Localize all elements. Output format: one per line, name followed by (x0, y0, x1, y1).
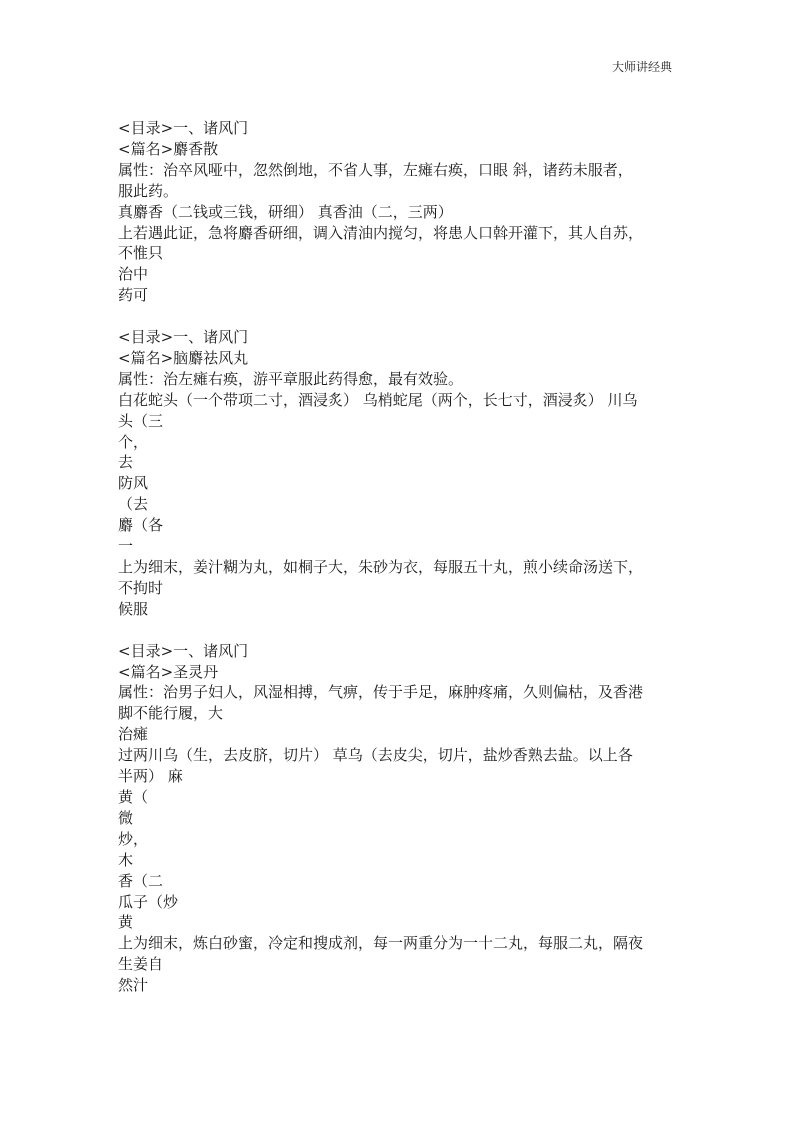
entry-catalog: <目录>一、诸风门 (118, 118, 680, 139)
text-line: 防风 (118, 473, 680, 494)
text-line: 白花蛇头（一个带项二寸，酒浸炙） 乌梢蛇尾（两个，长七寸，酒浸炙） 川乌 (118, 390, 680, 411)
text-line: （去 (118, 494, 680, 515)
text-line: 然汁 (118, 975, 680, 996)
text-line: 头（三 (118, 411, 680, 432)
entry-sheng-ling-dan: <目录>一、诸风门 <篇名>圣灵丹 属性：治男子妇人，风湿相搏，气痹，传于手足，… (118, 641, 680, 996)
text-line: 属性：治左瘫右痪，游平章服此药得愈，最有效验。 (118, 369, 680, 390)
text-line: 微 (118, 808, 680, 829)
text-line: 属性：治卒风哑中，忽然倒地，不省人事，左瘫右痪，口眼 斜，诸药未服者， (118, 160, 680, 181)
text-line: 脚不能行履，大 (118, 703, 680, 724)
text-line: 上为细末，炼白砂蜜，冷定和搜成剂，每一两重分为一十二丸，每服二丸，隔夜 (118, 933, 680, 954)
text-line: 黄（ (118, 787, 680, 808)
text-line: 不拘时 (118, 578, 680, 599)
text-line: 瓜子（炒 (118, 892, 680, 913)
text-line: 候服 (118, 599, 680, 620)
document-body: <目录>一、诸风门 <篇名>麝香散 属性：治卒风哑中，忽然倒地，不省人事，左瘫右… (118, 118, 680, 1017)
entry-she-xiang-san: <目录>一、诸风门 <篇名>麝香散 属性：治卒风哑中，忽然倒地，不省人事，左瘫右… (118, 118, 680, 306)
text-line: 黄 (118, 912, 680, 933)
entry-nao-she-qu-feng-wan: <目录>一、诸风门 <篇名>脑麝祛风丸 属性：治左瘫右痪，游平章服此药得愈，最有… (118, 327, 680, 620)
entry-title: <篇名>麝香散 (118, 139, 680, 160)
text-line: 过两川乌（生，去皮脐，切片） 草乌（去皮尖，切片，盐炒香熟去盐。以上各 (118, 745, 680, 766)
entry-catalog: <目录>一、诸风门 (118, 327, 680, 348)
text-line: 生姜自 (118, 954, 680, 975)
text-line: 半两） 麻 (118, 766, 680, 787)
text-line: 属性：治男子妇人，风湿相搏，气痹，传于手足，麻肿疼痛，久则偏枯，及香港 (118, 682, 680, 703)
text-line: 不惟只 (118, 243, 680, 264)
text-line: 服此药。 (118, 181, 680, 202)
text-line: 治中 (118, 264, 680, 285)
text-line: 一 (118, 536, 680, 557)
text-line: 香（二 (118, 871, 680, 892)
page-header: 大师讲经典 (612, 58, 672, 76)
text-line: 药可 (118, 285, 680, 306)
text-line: 治瘫 (118, 724, 680, 745)
entry-title: <篇名>圣灵丹 (118, 662, 680, 683)
text-line: 木 (118, 850, 680, 871)
text-line: 麝（各 (118, 515, 680, 536)
text-line: 真麝香（二钱或三钱，研细） 真香油（二，三两） (118, 202, 680, 223)
entry-title: <篇名>脑麝祛风丸 (118, 348, 680, 369)
text-line: 个， (118, 432, 680, 453)
entry-catalog: <目录>一、诸风门 (118, 641, 680, 662)
text-line: 上为细末，姜汁糊为丸，如桐子大，朱砂为衣，每服五十丸，煎小续命汤送下， (118, 557, 680, 578)
text-line: 去 (118, 452, 680, 473)
text-line: 炒， (118, 829, 680, 850)
text-line: 上若遇此证，急将麝香研细，调入清油内搅匀，将患人口斡开灌下，其人自苏， (118, 223, 680, 244)
